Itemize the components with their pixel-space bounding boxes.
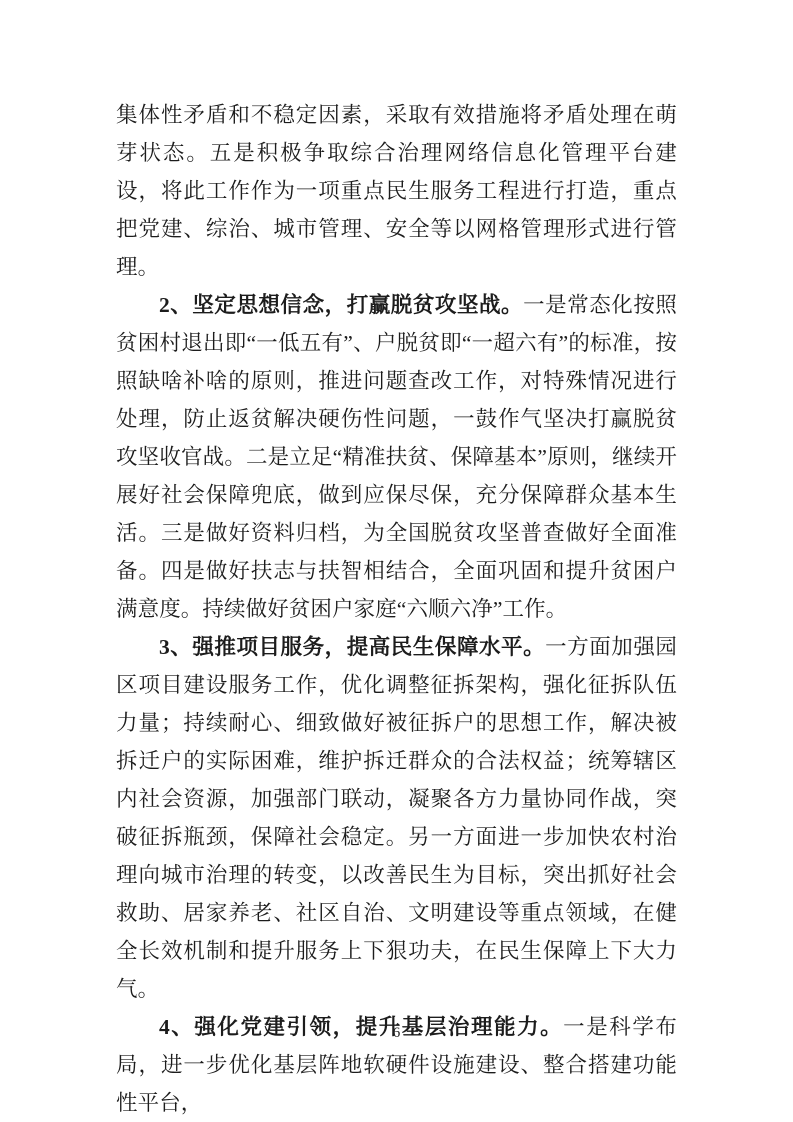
paragraph-continuation: 集体性矛盾和不稳定因素，采取有效措施将矛盾处理在萌芽状态。五是积极争取综合治理网… <box>116 96 677 286</box>
paragraph-heading: 3、强推项目服务，提高民生保障水平。 <box>159 635 545 659</box>
page-number: 6 <box>0 1024 793 1042</box>
paragraph-text: 一方面加强园区项目建设服务工作，优化调整征拆架构，强化征拆队伍力量；持续耐心、细… <box>116 635 677 1001</box>
paragraph-section-3: 3、强推项目服务，提高民生保障水平。一方面加强园区项目建设服务工作，优化调整征拆… <box>116 628 677 1008</box>
paragraph-text: 集体性矛盾和不稳定因素，采取有效措施将矛盾处理在萌芽状态。五是积极争取综合治理网… <box>116 103 677 279</box>
paragraph-section-2: 2、坚定思想信念，打赢脱贫攻坚战。一是常态化按照贫困村退出即“一低五有”、户脱贫… <box>116 286 677 628</box>
paragraph-heading: 2、坚定思想信念，打赢脱贫攻坚战。 <box>159 293 523 317</box>
document-page: 集体性矛盾和不稳定因素，采取有效措施将矛盾处理在萌芽状态。五是积极争取综合治理网… <box>0 0 793 1122</box>
document-body: 集体性矛盾和不稳定因素，采取有效措施将矛盾处理在萌芽状态。五是积极争取综合治理网… <box>116 96 677 1122</box>
paragraph-text: 一是常态化按照贫困村退出即“一低五有”、户脱贫即“一超六有”的标准，按照缺啥补啥… <box>116 293 677 621</box>
